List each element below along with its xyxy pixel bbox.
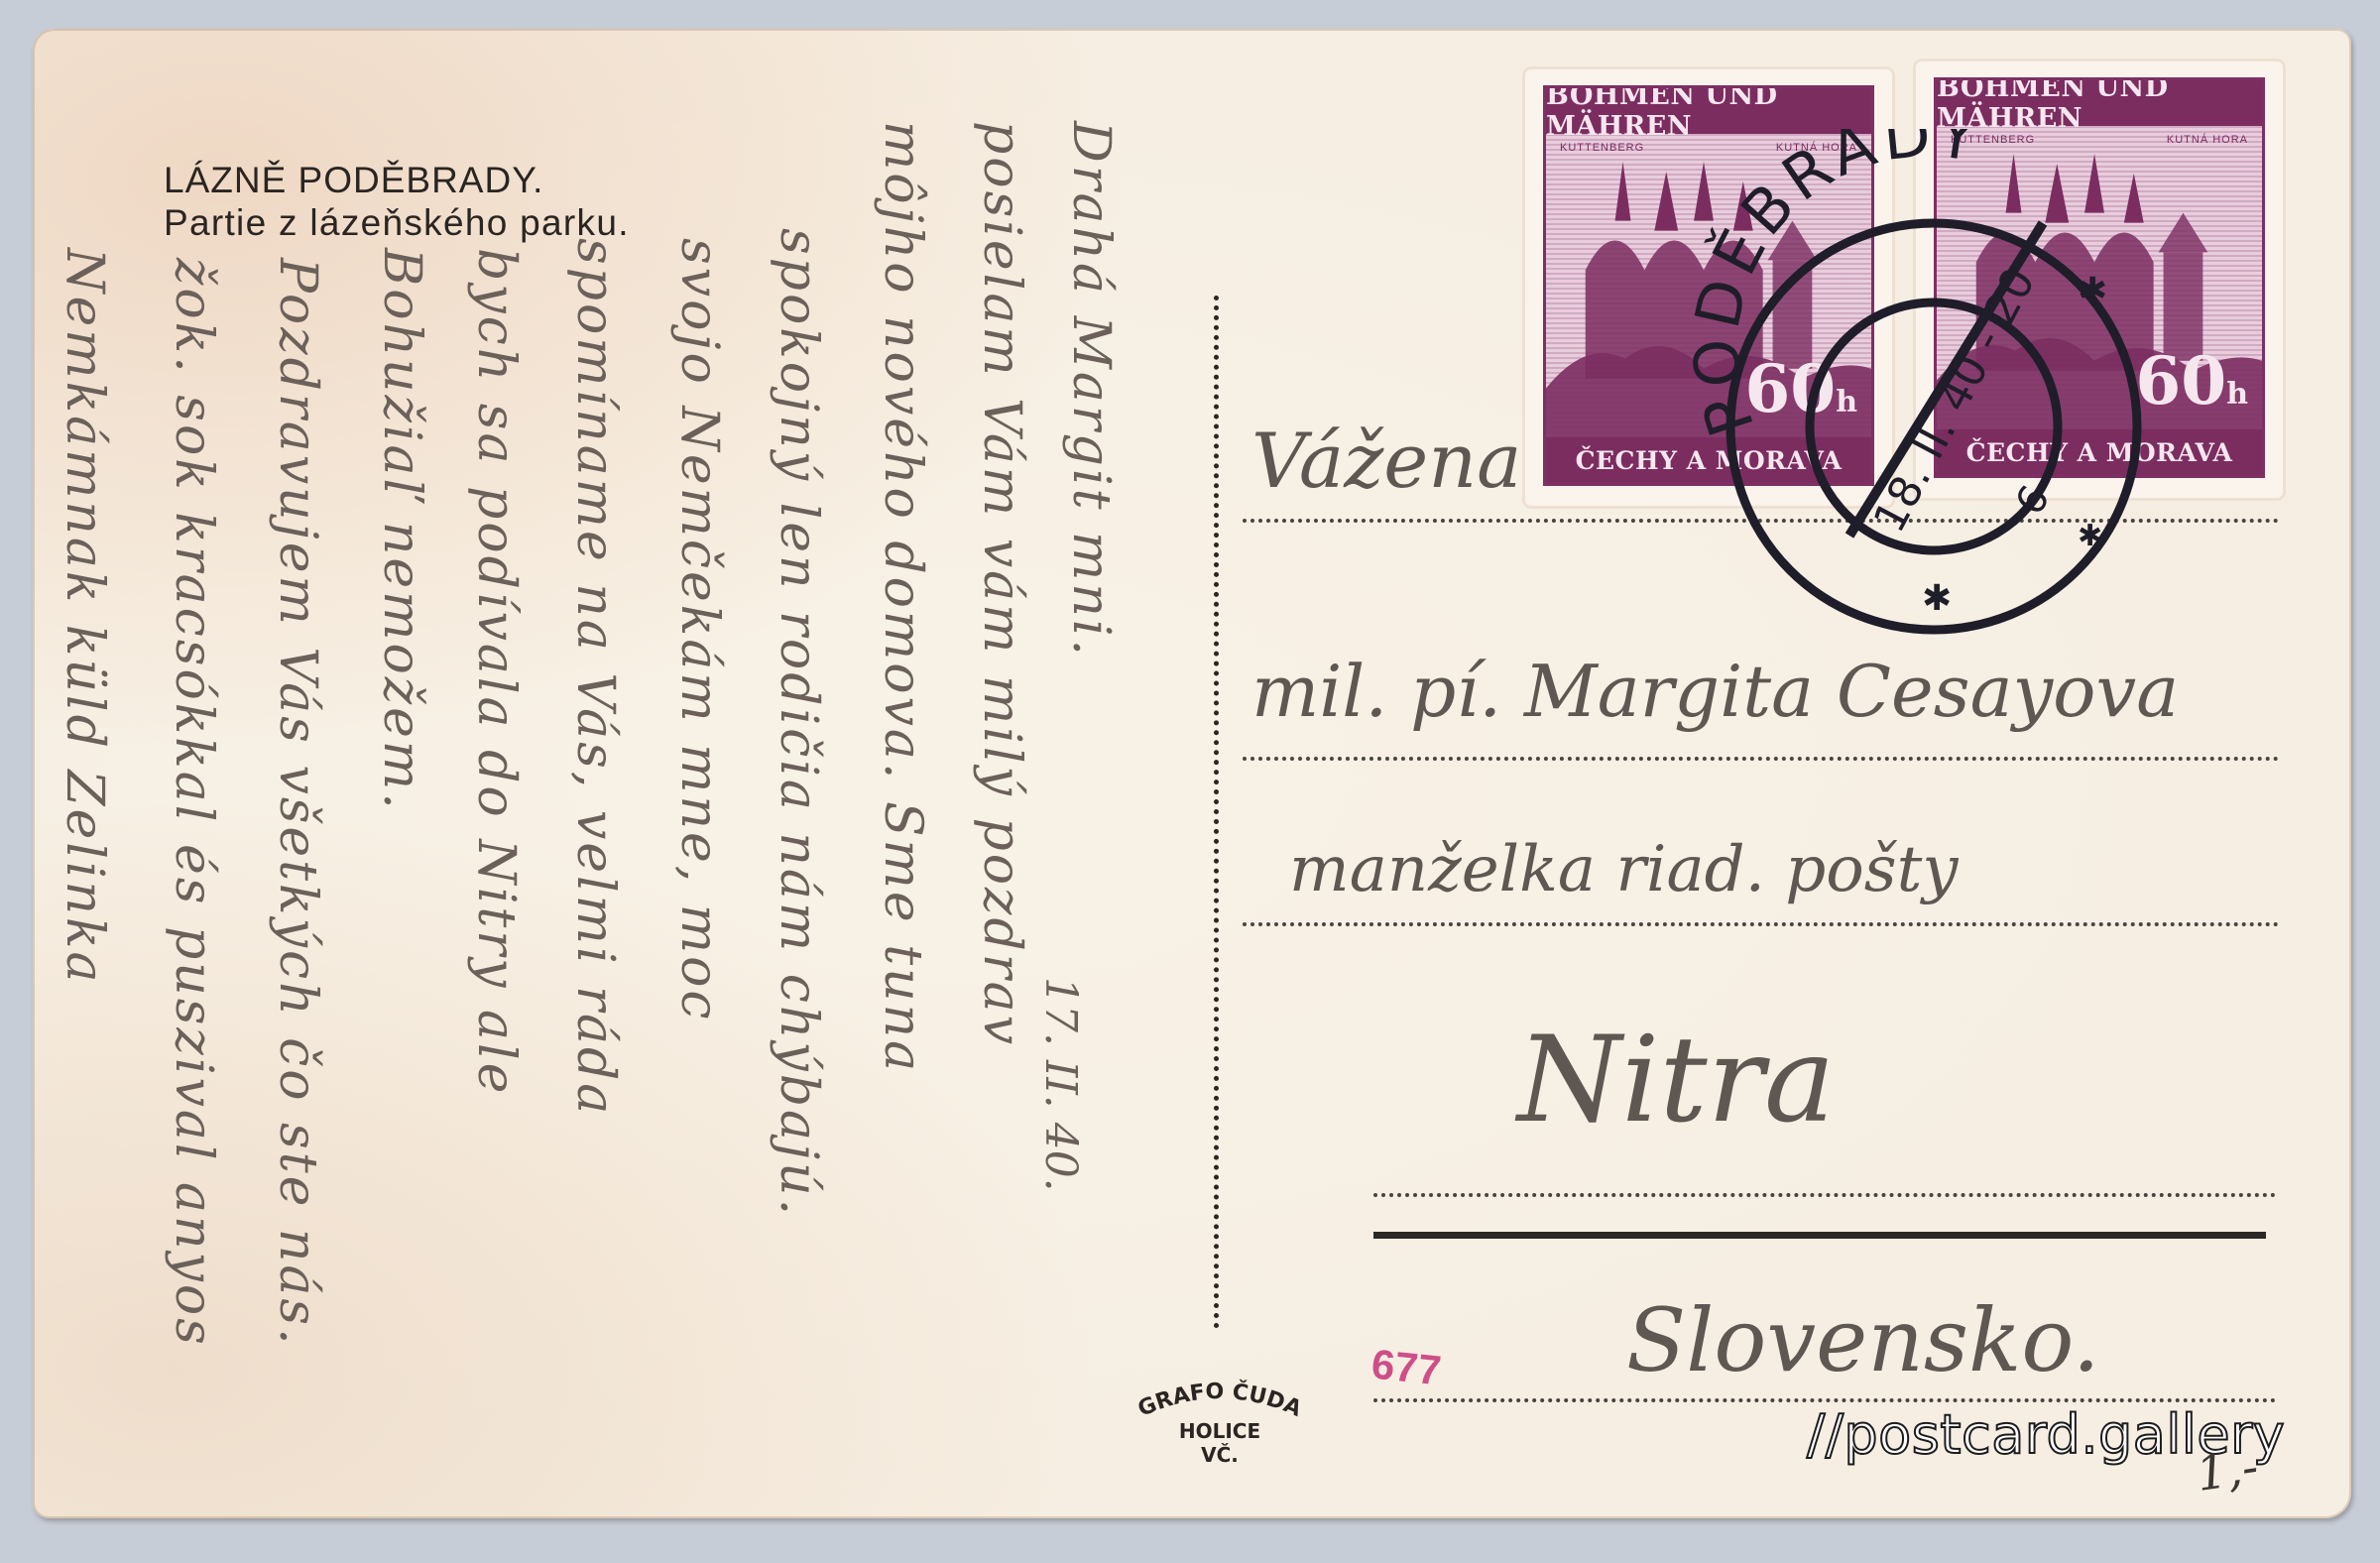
address-line-5	[1373, 1398, 2276, 1402]
address-line-4	[1373, 1193, 2276, 1197]
stamp-right-label: KUTNÁ HORA	[2167, 134, 2248, 146]
message-line: žok. sok kracsókkal és puszival anyos	[164, 258, 223, 1348]
catalog-number: 677	[1369, 1340, 1444, 1394]
stamp-bottom-text: ČECHY A MORAVA	[1546, 437, 1871, 483]
message-line: Drahá Margit mni.	[1061, 121, 1121, 659]
message-date: 17. II. 40.	[1035, 977, 1086, 1192]
address-recipient: mil. pí. Margita Cesayova	[1251, 650, 2179, 733]
price-mark: 1,-	[2193, 1439, 2261, 1503]
printer-city: HOLICE	[1179, 1419, 1260, 1443]
stamp-left-label: KUTTENBERG	[1951, 134, 2035, 146]
stamp-top-text: BÖHMEN UND MÄHREN	[1937, 80, 2262, 126]
address-line-1	[1243, 519, 2279, 523]
message-line: svojo Nemčekám mne, moc	[669, 238, 729, 1022]
stamp-right-label: KUTNÁ HORA	[1776, 142, 1857, 154]
stamp-denomination: 60h	[2135, 342, 2248, 420]
handwritten-message: Drahá Margit mni. posielam Vám vám milý …	[40, 109, 1180, 1517]
message-line: Bohužiaľ nemožem.	[372, 248, 431, 812]
postage-stamp: BÖHMEN UND MÄHREN KUTTENBERG KUTNÁ HORA …	[1525, 69, 1892, 506]
postage-stamp: BÖHMEN UND MÄHREN KUTTENBERG KUTNÁ HORA …	[1916, 61, 2283, 498]
printer-region: VČ.	[1201, 1443, 1239, 1467]
address-line-2	[1243, 757, 2279, 761]
message-line: spokojný len rodičia nám chýbajú.	[769, 228, 828, 1218]
message-line: môjho nového domova. Sme tuna	[873, 121, 932, 1074]
address-salutation: Vážena	[1251, 417, 1522, 505]
stamp-top-text: BÖHMEN UND MÄHREN	[1546, 88, 1871, 134]
stamp-left-label: KUTTENBERG	[1560, 142, 1644, 154]
svg-text:GRAFO ČUDA: GRAFO ČUDA	[1134, 1379, 1305, 1421]
address-line-solid	[1373, 1232, 2266, 1239]
message-line: Nemkámnak küld Zelinka	[55, 248, 114, 986]
message-line: Pozdravujem Vás všetkých čo ste nás.	[268, 258, 327, 1348]
message-line: bych sa podívala do Nitry ale	[466, 248, 526, 1096]
stamp-bottom-text: ČECHY A MORAVA	[1937, 429, 2262, 475]
address-country: Slovensko.	[1626, 1289, 2100, 1391]
stamp-denomination: 60h	[1744, 350, 1857, 427]
printer-name: GRAFO ČUDA	[1134, 1379, 1305, 1421]
vertical-divider	[1214, 296, 1219, 1329]
address-city: Nitra	[1517, 1012, 1836, 1149]
printer-mark: GRAFO ČUDA HOLICE VČ.	[1111, 1359, 1329, 1478]
message-line: spomíname na Vás, velmi ráda	[565, 238, 625, 1117]
address-line-3	[1243, 922, 2279, 926]
message-line: posielam Vám vám milý pozdrav	[972, 121, 1031, 1047]
address-title: manželka riad. pošty	[1289, 833, 1959, 906]
